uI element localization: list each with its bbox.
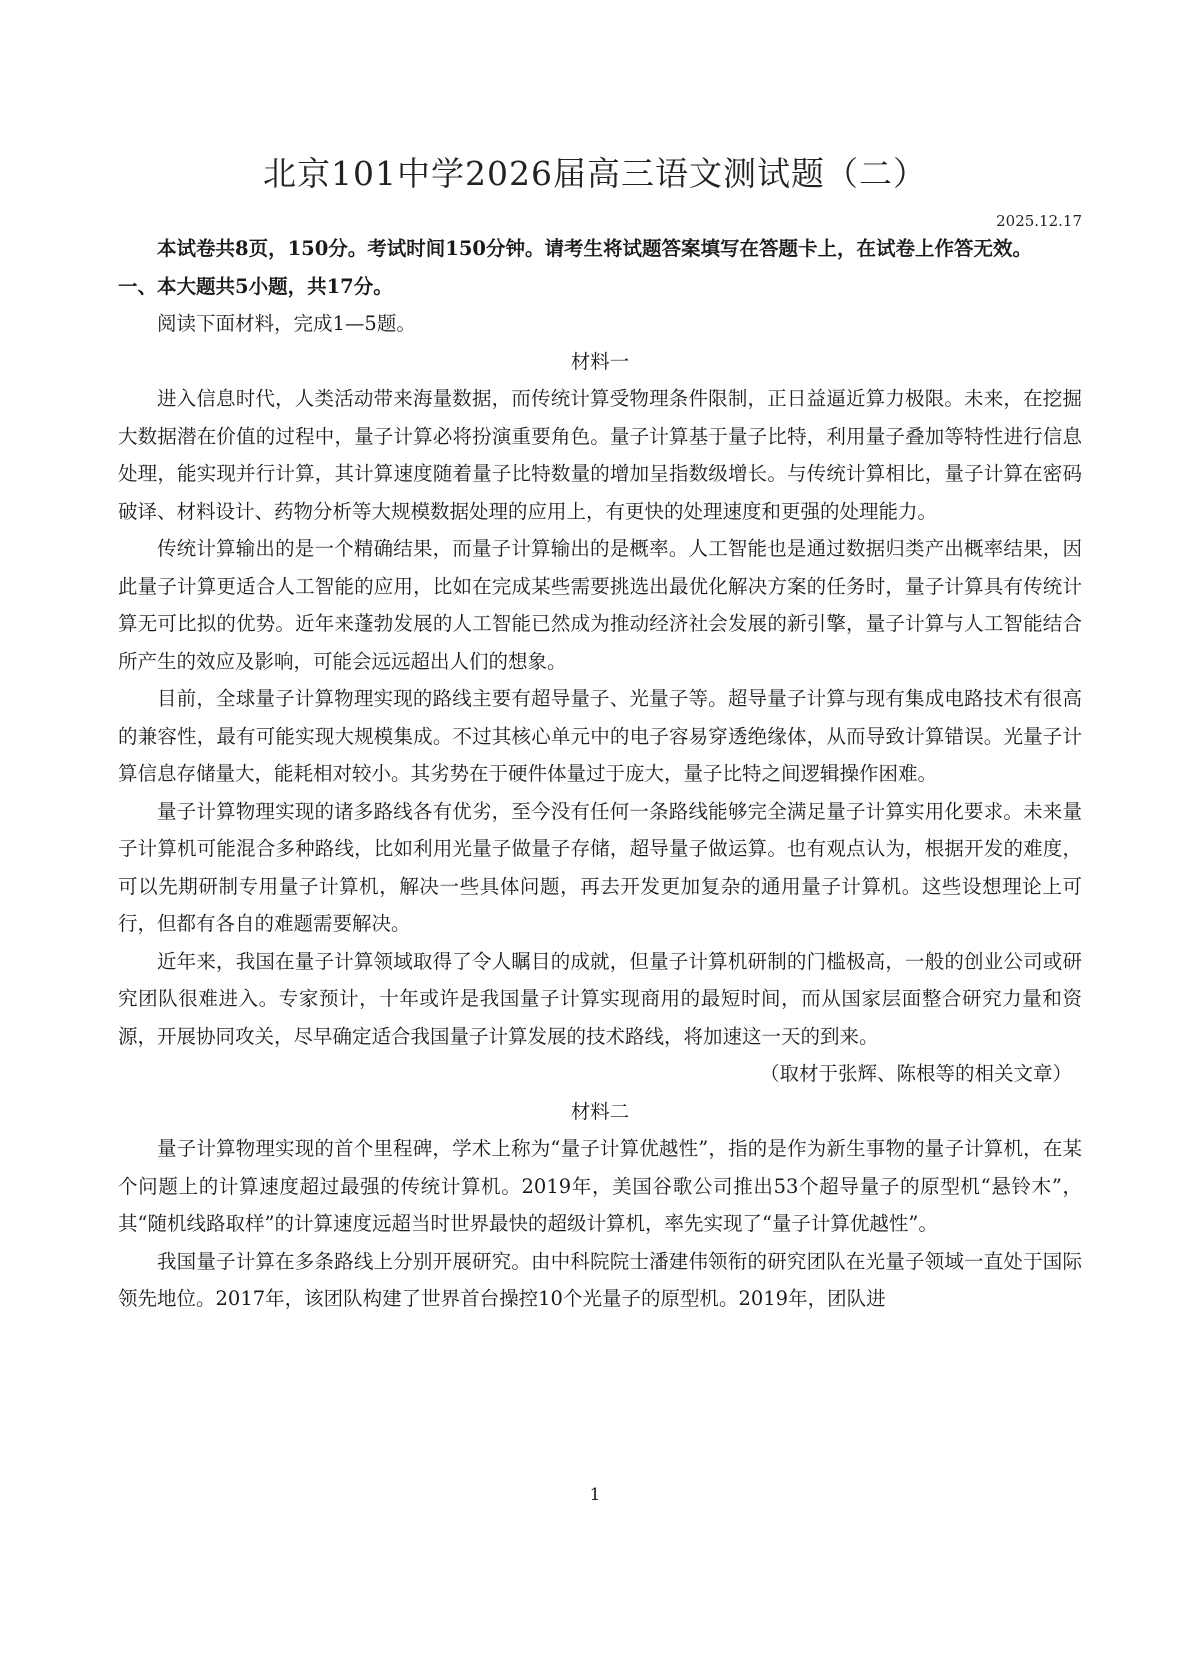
material-one-paragraph: 进入信息时代，人类活动带来海量数据，而传统计算受物理条件限制，正日益逼近算力极限… <box>118 380 1082 530</box>
exam-date: 2025.12.17 <box>996 212 1082 230</box>
exam-title: 北京101中学2026届高三语文测试题（二） <box>0 148 1190 195</box>
material-one-paragraph: 目前，全球量子计算物理实现的路线主要有超导量子、光量子等。超导量子计算与现有集成… <box>118 680 1082 793</box>
material-one-heading: 材料一 <box>118 343 1082 381</box>
material-two-paragraph: 我国量子计算在多条路线上分别开展研究。由中科院院士潘建伟领衔的研究团队在光量子领… <box>118 1243 1082 1318</box>
material-one-paragraph: 量子计算物理实现的诸多路线各有优劣，至今没有任何一条路线能够完全满足量子计算实用… <box>118 793 1082 943</box>
part-one-prompt: 阅读下面材料，完成1—5题。 <box>118 305 1082 343</box>
part-one-heading: 一、本大题共5小题，共17分。 <box>118 268 1082 306</box>
material-two-heading: 材料二 <box>118 1093 1082 1131</box>
material-one-source: （取材于张辉、陈根等的相关文章） <box>118 1055 1082 1093</box>
exam-page: 北京101中学2026届高三语文测试题（二） 2025.12.17 本试卷共8页… <box>0 0 1190 1678</box>
page-number: 1 <box>0 1485 1190 1505</box>
material-two-paragraph: 量子计算物理实现的首个里程碑，学术上称为“量子计算优越性”，指的是作为新生事物的… <box>118 1130 1082 1243</box>
exam-content: 本试卷共8页，150分。考试时间150分钟。请考生将试题答案填写在答题卡上，在试… <box>118 230 1082 1318</box>
material-one-paragraph: 近年来，我国在量子计算领域取得了令人瞩目的成就，但量子计算机研制的门槛极高，一般… <box>118 943 1082 1056</box>
material-one-paragraph: 传统计算输出的是一个精确结果，而量子计算输出的是概率。人工智能也是通过数据归类产… <box>118 530 1082 680</box>
exam-instructions: 本试卷共8页，150分。考试时间150分钟。请考生将试题答案填写在答题卡上，在试… <box>118 230 1082 268</box>
